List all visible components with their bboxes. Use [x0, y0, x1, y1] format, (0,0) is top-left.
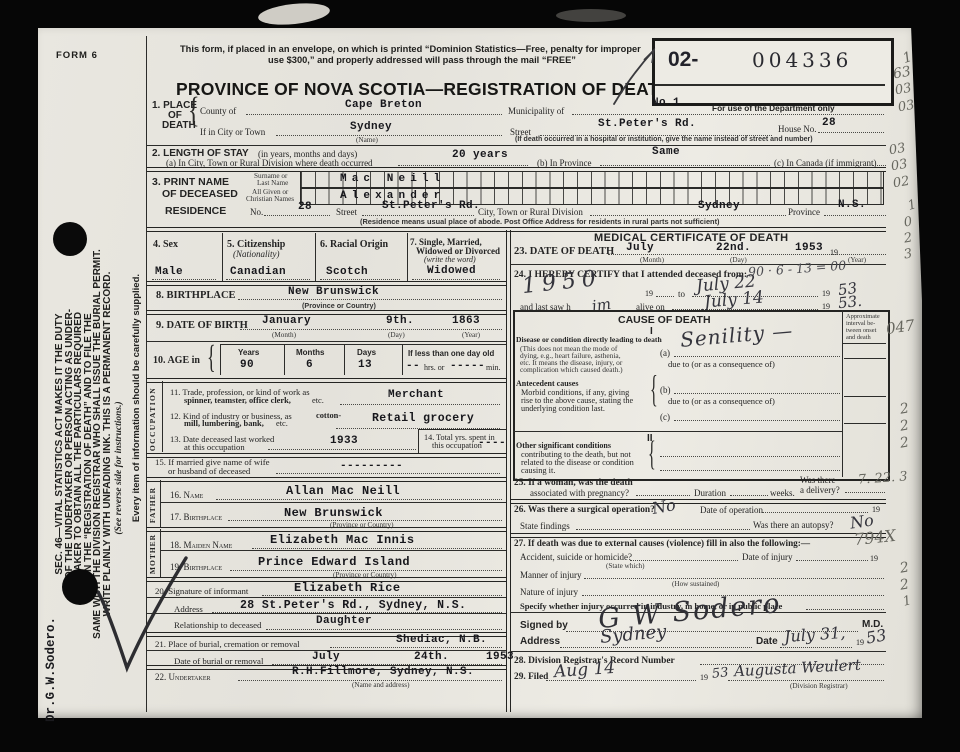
dod-year-value: 1953: [795, 242, 823, 254]
dod-year-pre: 19: [830, 248, 838, 257]
margin-number: 03: [894, 81, 913, 99]
cause-b-label: (b): [660, 385, 671, 395]
mother-birthplace-value: Prince Edward Island: [258, 555, 410, 569]
burial-place-value: Shediac, N.B.: [396, 634, 487, 646]
burial-month-value: July: [312, 651, 340, 663]
dob-month-sub: (Month): [272, 331, 296, 339]
date-of-birth-label: 9. DATE OF BIRTH: [156, 320, 248, 331]
birthplace-sub: (Province or Country): [302, 301, 376, 310]
racial-line: [320, 278, 400, 280]
occupation-group-label: OCCUPATION: [148, 384, 160, 454]
filed-pre: 19: [700, 673, 708, 682]
interval-column-divider: [842, 310, 843, 477]
occupation-kind-line: [340, 403, 500, 405]
cell-divider: [407, 233, 408, 281]
residence-province-label: Province: [788, 207, 820, 217]
street-value: St.Peter's Rd.: [598, 118, 696, 130]
rule-under-15: [146, 477, 506, 482]
racial-origin-value: Scotch: [326, 266, 368, 278]
age-cell-divider: [284, 344, 285, 375]
manner-of-injury-label: Manner of injury: [520, 570, 581, 580]
operation-date-pre: 19: [872, 505, 880, 514]
scanner-light-spot-2: [556, 9, 626, 22]
mother-birthplace-label: 19. Birthplace: [170, 562, 222, 572]
informant-label: 20. Signature of informant: [155, 586, 248, 596]
stamp-divider-line: [655, 84, 885, 86]
dob-year-sub: (Year): [462, 331, 480, 339]
stay-city-line: [398, 164, 528, 166]
accident-label: Accident, suicide or homicide?: [520, 552, 632, 562]
cause-mid-rule: [513, 431, 842, 432]
county-label: County of: [200, 106, 236, 116]
weeks-label: weeks.: [770, 488, 795, 498]
age-days-label: Days: [357, 348, 376, 357]
father-group-divider: [160, 480, 161, 527]
age-label: 10. AGE in: [153, 355, 200, 366]
margin-number: 03: [897, 98, 916, 116]
other-cond-note-3: causing it.: [521, 466, 555, 475]
marital-value: Widowed: [427, 265, 476, 277]
informant-address-value: 28 St.Peter's Rd., Sydney, N.S.: [240, 599, 466, 612]
form-number-label: FORM 6: [56, 50, 98, 61]
industry-value: Retail grocery: [372, 412, 474, 425]
rule-under-signed: [510, 651, 886, 652]
age-min-label: min.: [486, 363, 500, 372]
informant-value: Elizabeth Rice: [294, 581, 400, 595]
date-of-injury-line: [796, 559, 868, 561]
age-box-top: [220, 344, 506, 345]
punch-hole: [62, 569, 98, 605]
antecedent-label: Antecedent causes: [516, 379, 578, 388]
other-cond-line-2: [660, 469, 840, 471]
signed-date-label: Date: [756, 636, 778, 647]
marital-label-3: (write the word): [424, 255, 476, 264]
sex-label: 4. Sex: [153, 239, 178, 250]
age-min-value: -----: [450, 360, 485, 372]
rule-under-20a: [146, 597, 506, 598]
rule-under-9: [146, 341, 506, 342]
residence-no-line: [264, 214, 330, 216]
undertaker-value: R.H.Fillmore, Sydney, N.S.: [292, 666, 474, 678]
disease-note-4: complication which caused death.): [520, 365, 623, 374]
mother-maiden-line: [252, 547, 502, 549]
residence-province-value: N.S.: [838, 199, 866, 211]
interval-header-1: Approximate: [846, 313, 880, 320]
city-or-town-label: If in City or Town: [200, 127, 265, 137]
findings-label: State findings: [520, 521, 570, 531]
dob-day-value: 9th.: [386, 315, 414, 327]
age-cell-divider: [220, 344, 221, 375]
age-less-label: If less than one day old: [408, 349, 494, 358]
interval-tick: [844, 423, 886, 424]
house-no-label: House No.: [778, 124, 817, 134]
medical-certificate-title: MEDICAL CERTIFICATE OF DEATH: [594, 232, 789, 244]
dob-month-value: January: [262, 315, 311, 327]
street-hospital-note: (If death occurred in a hospital or inst…: [515, 136, 813, 143]
rule-under-10: [146, 378, 506, 383]
findings-line: [576, 528, 750, 530]
spouse-label-2: or husband of deceased: [168, 466, 250, 476]
margin-number: 63: [892, 64, 912, 83]
cell-divider: [315, 233, 316, 281]
scanner-light-spot: [257, 0, 331, 27]
dod-month-sub: (Month): [640, 256, 664, 264]
hw-operation-no: No: [651, 495, 678, 518]
filed-label: 29. Filed: [514, 672, 548, 682]
citizenship-line: [226, 278, 310, 280]
surname-value: Mac Neill: [340, 173, 445, 185]
burial-day-value: 24th.: [414, 651, 449, 663]
father-name-label: 16. Name: [170, 490, 203, 500]
certify-pre2: 19: [822, 289, 830, 298]
signed-by-label: Signed by: [520, 620, 568, 631]
column-divider: [506, 230, 511, 712]
pregnancy-label-1: 25. If a woman, was the death: [514, 478, 633, 488]
doctor-margin-name: Dr.G.W.Sodero.: [44, 572, 59, 722]
manner-line: [584, 577, 884, 579]
age-hrs-label: hrs. or: [424, 363, 444, 372]
industry-label-2b: etc.: [276, 419, 288, 428]
signed-date-pre: 19: [856, 638, 864, 647]
stay-canada-line: [872, 164, 886, 166]
residence-city-label: City, Town or Rural Division: [478, 207, 583, 217]
rule-under-25: [510, 499, 886, 504]
certify-to: to: [678, 289, 685, 299]
spouse-value: ---------: [340, 460, 403, 472]
cause-due2-label: due to (or as a consequence of): [668, 396, 775, 406]
surname-cell-label-2: Last Name: [257, 179, 288, 187]
duration-label: Duration: [694, 488, 726, 498]
residence-no-value: 28: [298, 201, 312, 213]
other-cond-line-1: [660, 455, 840, 457]
disease-label: Disease or condition directly leading to…: [516, 335, 662, 344]
municipality-label: Municipality of: [508, 106, 564, 116]
dod-day-sub: (Day): [730, 256, 747, 264]
residence-city-line: [590, 214, 786, 216]
age-cell-divider: [402, 344, 403, 375]
birthplace-line: [238, 298, 502, 300]
form-left-border: [146, 36, 147, 712]
cause-due1-label: due to (or as a consequence of): [668, 359, 775, 369]
cell-14-top: [418, 429, 506, 430]
father-group-label: FATHER: [148, 483, 159, 527]
age-years-value: 90: [240, 359, 254, 371]
mother-maiden-label: 18. Maiden Name: [170, 540, 232, 550]
last-worked-line: [268, 448, 416, 450]
how-sustained-note: (How sustained): [672, 580, 719, 588]
delivery-line: [845, 491, 885, 493]
hw-filed-date: Aug 14: [553, 658, 615, 682]
margin-number: 03: [888, 141, 907, 159]
duration-line: [730, 494, 768, 496]
house-no-line: [818, 131, 884, 133]
given-cell-label-2: Christian Names: [246, 195, 294, 203]
age-cell-divider: [344, 344, 345, 375]
last-worked-label-2: at this occupation: [184, 442, 245, 452]
dod-year-sub: (Year): [848, 256, 866, 264]
rule-under-s1: [146, 145, 886, 146]
place-of-death-brace: {: [188, 91, 200, 132]
interval-tick: [844, 358, 886, 359]
age-days-value: 13: [358, 359, 372, 371]
father-birthplace-value: New Brunswick: [284, 506, 383, 520]
accident-line: [630, 559, 738, 561]
cause-c-line: [674, 419, 840, 421]
stamp-caption: For use of the Department only: [712, 103, 835, 113]
sex-value: Male: [155, 266, 183, 278]
birthplace-label: 8. BIRTHPLACE: [156, 290, 236, 301]
relationship-line: [266, 628, 502, 630]
specify-line: [806, 608, 884, 610]
residence-label: RESIDENCE: [165, 205, 226, 217]
residence-street-label: Street: [336, 207, 357, 217]
cause-a-line: [674, 355, 840, 357]
residence-no-label: No.: [250, 207, 263, 217]
nature-of-injury-label: Nature of injury: [520, 587, 578, 597]
interval-header-4: and death: [846, 334, 871, 341]
delivery-label-1: Was there: [800, 475, 836, 485]
age-years-label: Years: [238, 348, 259, 357]
mail-instruction-line2: use $300,” and properly addressed will p…: [268, 55, 576, 65]
pregnancy-line: [636, 494, 690, 496]
interval-tick: [844, 396, 886, 397]
relationship-value: Daughter: [316, 615, 372, 627]
rule-under-18: [160, 550, 506, 551]
stamp-prefix: 02-: [668, 48, 698, 72]
scanned-death-registration: FORM 6 SEC. 46—VITAL STATISTICS ACT MAKE…: [0, 0, 960, 752]
burial-place-line: [330, 646, 502, 648]
pregnancy-label-2: associated with pregnancy?: [530, 488, 629, 498]
date-of-injury-label: Date of injury: [742, 552, 792, 562]
marital-line: [412, 278, 500, 280]
residence-city-value: Sydney: [698, 200, 740, 212]
city-name-note: (Name): [356, 136, 378, 144]
occupation-group-divider: [162, 381, 163, 452]
cause-title: CAUSE OF DEATH: [618, 314, 711, 326]
punch-hole: [53, 222, 87, 256]
citizenship-sub: (Nationality): [233, 249, 280, 259]
operation-date-label: Date of operation: [700, 505, 763, 515]
mother-group-label: MOTHER: [148, 531, 159, 577]
county-value: Cape Breton: [345, 99, 422, 111]
print-name-label-2: OF DECEASED: [162, 188, 238, 200]
hw-signed-year: 53: [865, 625, 888, 647]
age-hrs-value: --: [406, 360, 420, 372]
total-yrs-value: ----: [478, 437, 506, 449]
dob-year-value: 1863: [452, 315, 480, 327]
age-brace: {: [207, 339, 216, 377]
other-cond-brace: {: [648, 436, 656, 476]
father-birthplace-label: 17. Birthplace: [170, 512, 222, 522]
mother-maiden-value: Elizabeth Mac Innis: [270, 533, 414, 547]
antecedent-brace: {: [650, 370, 658, 413]
undertaker-sub: (Name and address): [352, 681, 409, 689]
industry-label-2: mill, lumbering, bank,: [184, 419, 264, 428]
industry-label-1b: cotton-: [316, 411, 341, 420]
cause-b-line: [674, 392, 840, 394]
burial-place-label: 21. Place of burial, cremation or remova…: [155, 639, 300, 649]
last-worked-value: 1933: [330, 435, 358, 447]
mother-group-divider: [160, 529, 161, 577]
delivery-label-2: a delivery?: [800, 485, 840, 495]
antecedent-note-3: underlying condition last.: [521, 404, 605, 413]
birthplace-value: New Brunswick: [288, 286, 379, 298]
every-item-note: Every item of information should be care…: [131, 212, 143, 584]
page-title: PROVINCE OF NOVA SCOTIA—REGISTRATION OF …: [176, 79, 671, 100]
city-line: [276, 134, 502, 136]
date-of-death-label: 23. DATE OF DEATH: [514, 246, 614, 257]
total-yrs-label-2: this occupation: [432, 441, 482, 450]
relationship-label: Relationship to deceased: [174, 620, 261, 630]
dob-day-sub: (Day): [388, 331, 405, 339]
cause-a-label: (a): [660, 348, 670, 358]
father-name-line: [216, 498, 502, 500]
mail-instruction-line1: This form, if placed in an envelope, on …: [180, 44, 641, 54]
undertaker-label: 22. Undertaker: [155, 672, 211, 682]
dod-month-value: July: [626, 242, 654, 254]
cell-divider: [222, 233, 223, 281]
occupation-kind-label-2b: etc.: [312, 396, 324, 405]
stay-city-value: 20 years: [452, 149, 508, 161]
margin-number: 03: [890, 157, 909, 175]
age-months-label: Months: [296, 348, 324, 357]
autopsy-label: Was there an autopsy?: [753, 520, 834, 530]
state-which-note: (State which): [606, 562, 645, 570]
municipality-line: [572, 113, 884, 115]
residence-street-value: St.Peter's Rd.: [382, 200, 480, 212]
certify-pre1: 19: [645, 289, 653, 298]
stamp-number: 004336: [752, 48, 852, 72]
stay-province-value: Same: [652, 146, 680, 158]
hw-filed-year: 53: [711, 665, 729, 682]
house-no-value: 28: [822, 117, 836, 129]
interval-header-rule: [842, 343, 886, 344]
city-value: Sydney: [350, 121, 392, 133]
operation-label: 26. Was there a surgical operation?: [514, 505, 655, 515]
rule-under-17: [146, 527, 506, 532]
print-name-label-1: 3. PRINT NAME: [152, 176, 229, 188]
citizenship-value: Canadian: [230, 266, 286, 278]
stay-province-line: [600, 164, 770, 166]
signed-date-line: [780, 646, 852, 648]
division-registrar-note: (Division Registrar): [790, 682, 848, 690]
age-months-value: 6: [306, 359, 313, 371]
other-cond-label: Other significant conditions: [516, 441, 611, 450]
interval-header-3: tween onset: [846, 327, 876, 334]
county-line: [246, 113, 502, 115]
rule-under-16: [160, 502, 506, 503]
dob-line: [240, 328, 502, 330]
cell-13-14-divider: [418, 429, 419, 453]
cause-c-label: (c): [660, 412, 670, 422]
dod-day-value: 22nd.: [716, 242, 751, 254]
residence-street-line: [362, 214, 474, 216]
racial-origin-label: 6. Racial Origin: [320, 239, 388, 250]
rule-under-20b: [146, 613, 506, 614]
municipality-value: No.1: [652, 97, 680, 109]
signed-address-line: [560, 646, 752, 648]
occupation-kind-label-2: spinner, teamster, office clerk,: [184, 396, 291, 405]
sex-line: [152, 278, 216, 280]
interval-header-2: interval be-: [846, 320, 875, 327]
external-causes-label: 27. If death was due to external causes …: [514, 538, 810, 548]
father-name-value: Allan Mac Neill: [286, 484, 400, 498]
signed-address-label: Address: [520, 636, 560, 647]
certify-line1: [656, 295, 674, 297]
residence-province-line: [824, 214, 886, 216]
residence-note: (Residence means usual place of abode. P…: [360, 217, 720, 226]
margin-number: 02: [892, 174, 911, 192]
spouse-line: [276, 472, 500, 474]
occupation-kind-value: Merchant: [388, 389, 444, 401]
date-of-injury-pre: 19: [870, 554, 878, 563]
